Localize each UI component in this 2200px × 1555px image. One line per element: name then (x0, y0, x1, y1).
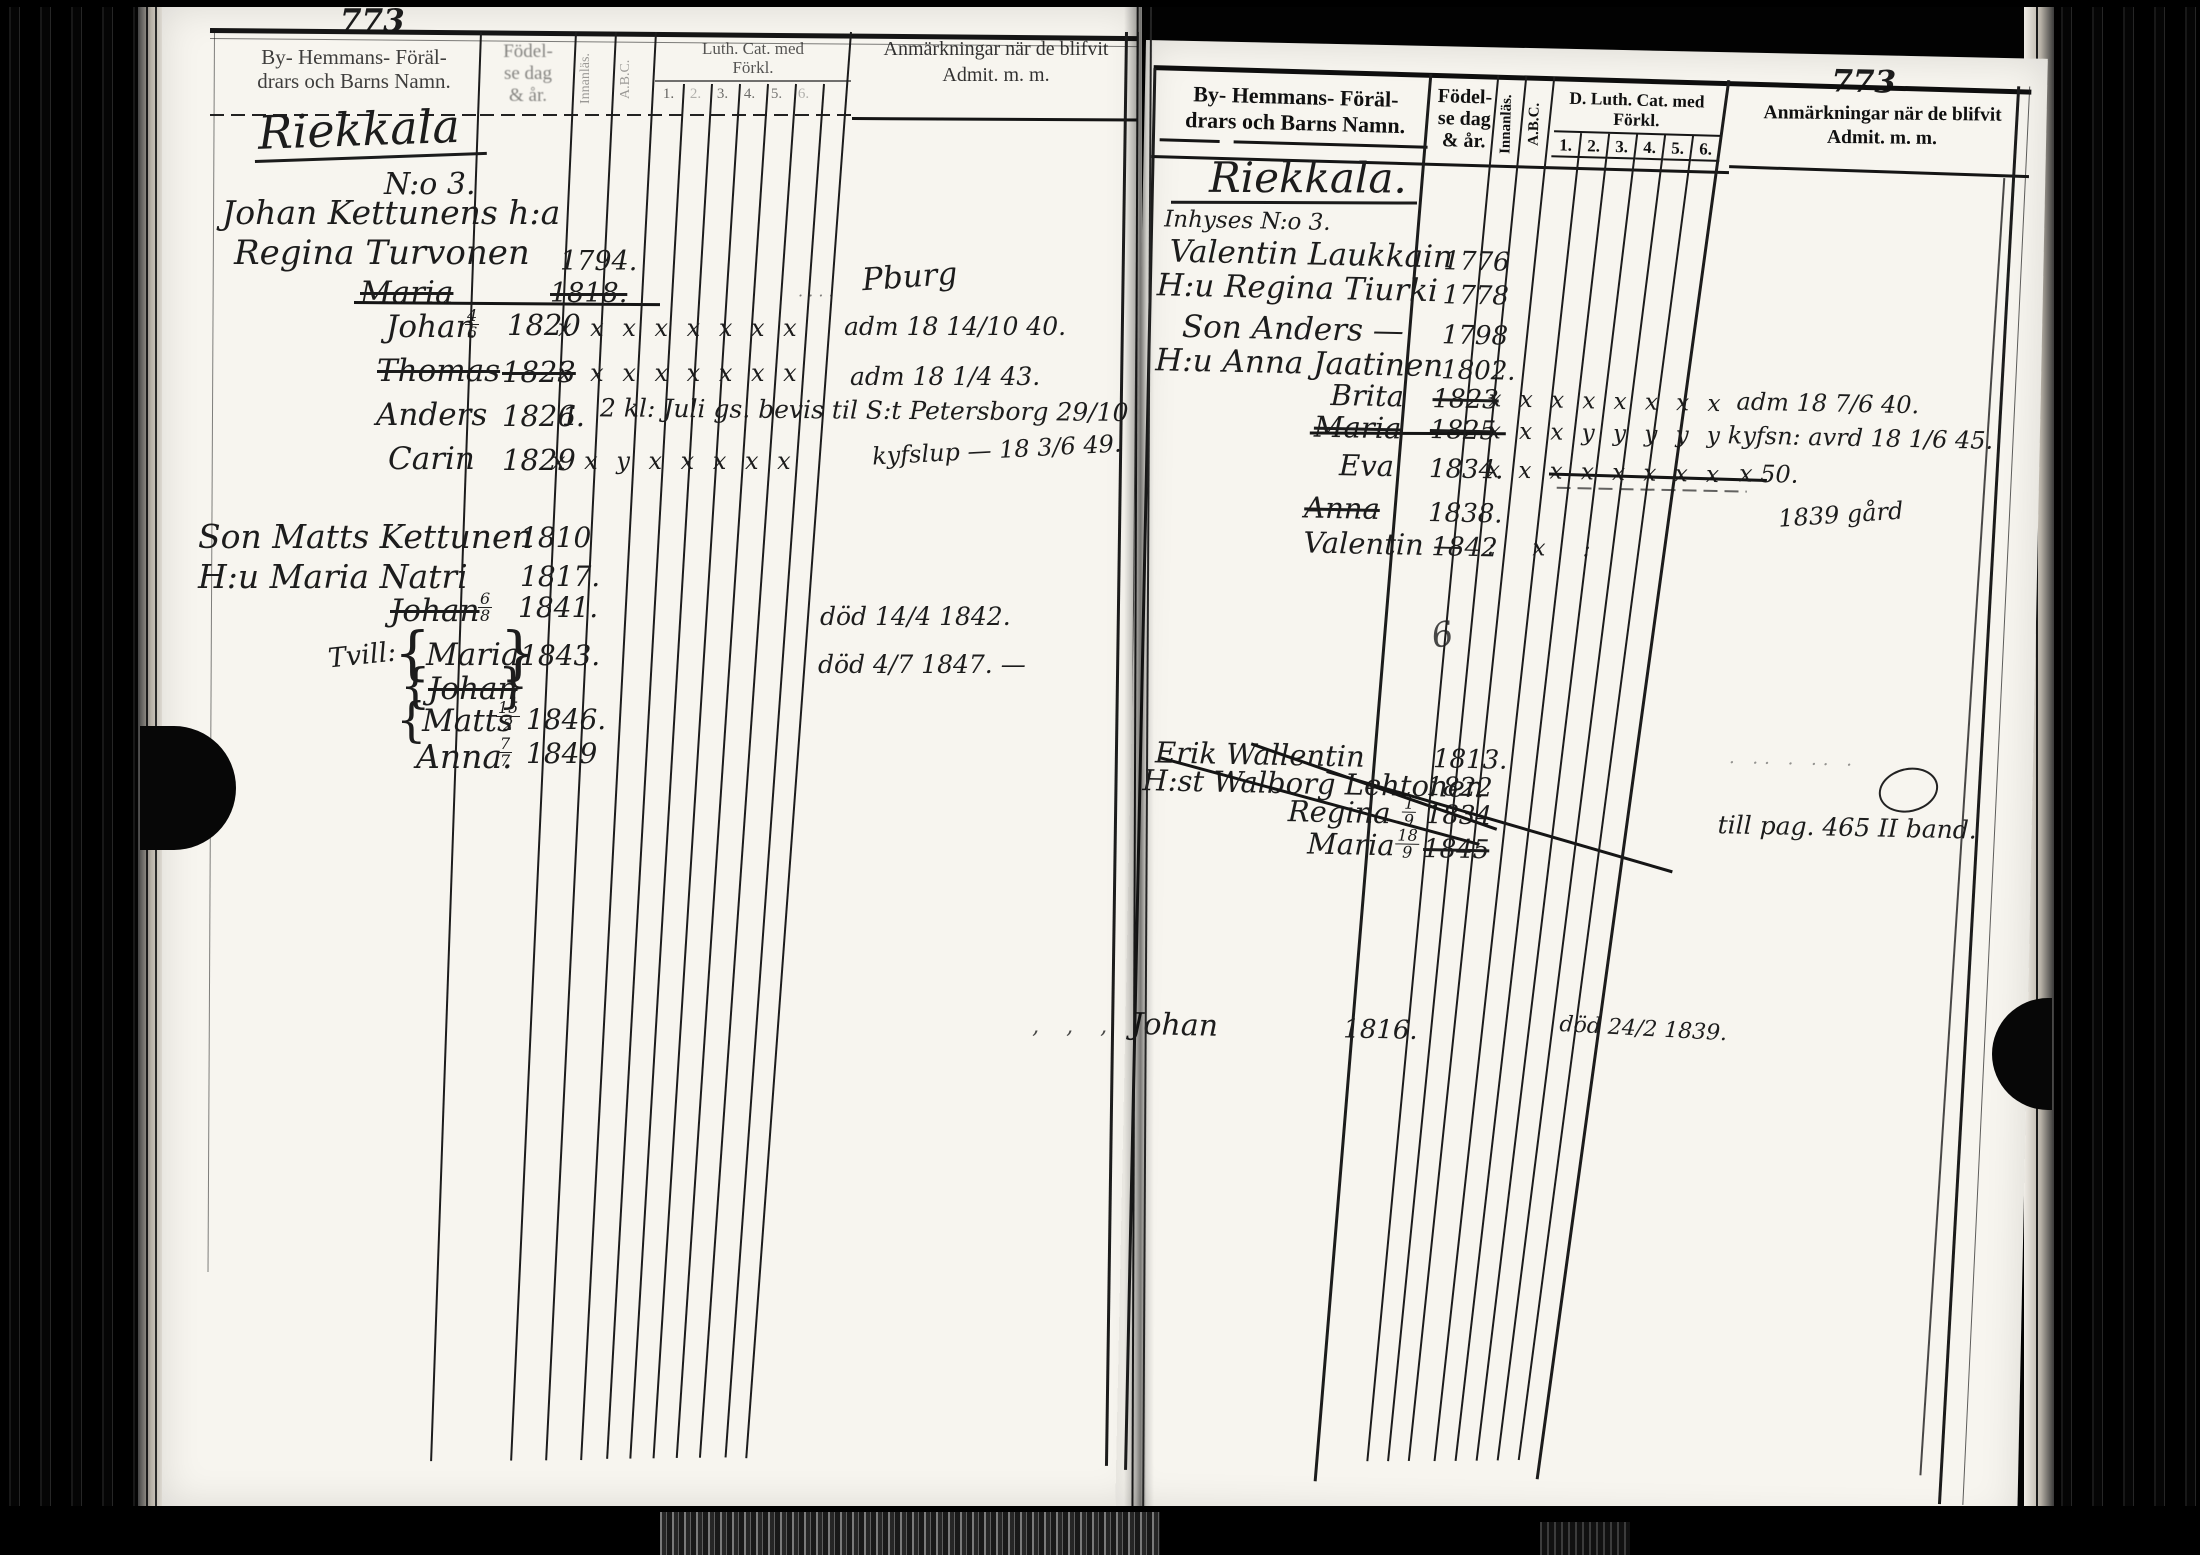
birth-year: 1838. (1428, 500, 1503, 528)
header-rule (480, 114, 852, 116)
birth-year: 1794. (560, 248, 637, 275)
grade-col-number: 2. (1579, 137, 1608, 158)
birth-year: 1802. (1441, 357, 1516, 385)
grade-marks: x x x x x x x x (558, 361, 797, 385)
col-header-remarks: Anmärkningar när de blifvit (1741, 102, 2025, 126)
col-header-names: drars och Barns Namn. (1160, 107, 1431, 139)
faint-dots: · · · · (798, 288, 834, 304)
person-name: Regina Turvonen (234, 236, 530, 270)
birth-year: 1849 (526, 740, 597, 768)
col-header-reading: Innanläs. (1497, 81, 1516, 167)
person-name: Anna (1304, 493, 1380, 524)
right-scan-margin (2052, 0, 2200, 1555)
twins-label: Tvill: (327, 639, 398, 673)
header-rule (1160, 138, 1220, 142)
col-header-names: drars och Barns Namn. (220, 70, 488, 93)
birth-year: 1845 (1423, 836, 1490, 863)
person-name: Thomas (377, 356, 500, 387)
person-name: Regina (1288, 797, 1391, 828)
village-heading: Riekkala (253, 102, 487, 163)
birth-year: 1776 (1443, 248, 1510, 275)
grade-col-number: 2. (682, 86, 709, 103)
col-header-remarks: Admit. m. m. (1740, 126, 2024, 150)
bottom-page-edges (1540, 1522, 1630, 1555)
col-header-catechism: Luth. Cat. med (654, 40, 852, 59)
col-header-remarks: Admit. m. m. (862, 64, 1130, 86)
column-rule (1518, 135, 1694, 1460)
col-header-birth: Födel- (1433, 85, 1498, 109)
person-name: H:u Maria Natri (198, 560, 468, 593)
column-rule (699, 84, 797, 1458)
pen-flourish-oval (1874, 762, 1942, 818)
remark-note: död 14/4 1842. (820, 604, 1011, 629)
col-header-birth: Födel- (484, 42, 572, 63)
grade-marks: x x x y y y y y (1488, 420, 1720, 448)
col-header-abc: A.B.C. (618, 40, 634, 118)
date-denominator: 6 (465, 325, 479, 341)
left-page: 773 By- Hemmans- Föräl- drars och Barns … (162, 6, 1142, 1506)
col-header-catechism: Förkl. (1550, 108, 1722, 132)
col-header-names: By- Hemmans- Föräl- (220, 46, 488, 69)
col-header-catechism: Förkl. (654, 59, 852, 78)
header-rule (852, 117, 1138, 121)
person-name: Carin (388, 444, 475, 475)
column-rule (653, 84, 741, 1458)
column-rule (1536, 80, 1731, 1479)
column-rule (745, 32, 852, 1458)
grade-col-number: 5. (1663, 139, 1692, 160)
village-heading: Riekkala. (1171, 157, 1417, 205)
remark-note: 1839 gård (1778, 499, 1905, 531)
grade-col-number: 3. (1607, 138, 1636, 159)
remark-note: kyfslup — 18 3/6 49. (872, 431, 1123, 468)
grade-col-number: 4. (1635, 139, 1664, 160)
header-rule (1729, 165, 2029, 177)
person-name: Brita (1330, 381, 1404, 412)
remark-note: adm 18 14/10 40. (844, 314, 1066, 339)
header-rule (1234, 140, 1428, 148)
person-name: H:u Regina Tiurki (1157, 270, 1439, 307)
col-header-birth: se dag (1432, 107, 1497, 131)
top-scan-margin (0, 0, 2200, 7)
grade-col-number: 3. (709, 86, 736, 103)
column-rule (725, 84, 825, 1458)
birth-date: 189 (1395, 827, 1420, 861)
column-rule (1938, 86, 2020, 1504)
column-rule (208, 32, 215, 1272)
birth-year: 1810 (520, 524, 591, 552)
person-name: Johan Kettunens h:a (222, 196, 560, 229)
col-header-birth: se dag (484, 64, 572, 85)
left-scan-margin (0, 0, 150, 1555)
person-name: H:u Anna Jaatinen (1155, 345, 1444, 382)
person-name: Johan (386, 312, 476, 343)
col-header-reading: Innanläs. (578, 40, 594, 118)
birth-date: 77 (498, 736, 512, 769)
remark-note: adm 18 1/4 43. (850, 364, 1040, 389)
col-header-remarks: Anmärkningar när de blifvit (862, 38, 1130, 60)
remark-note: Pburg (861, 259, 958, 297)
column-rule (676, 84, 769, 1458)
col-header-birth: & år. (1431, 129, 1496, 153)
remark-note: x 50. (1739, 462, 1799, 487)
person-name: Eva (1339, 451, 1394, 481)
date-denominator: 2 (501, 717, 515, 733)
col-header-birth: & år. (484, 86, 572, 107)
person-name: Anders (376, 400, 487, 431)
birth-year: 1846. (526, 706, 606, 734)
person-name: Maria (1307, 830, 1395, 861)
grade-marks: x x x x x x x x (558, 316, 797, 340)
birth-date: 68 (478, 591, 492, 624)
date-denominator: 8 (478, 608, 492, 624)
remark-note: adm 18 7/6 40. (1736, 389, 1919, 417)
remark-note: död 24/2 1839. (1559, 1014, 1728, 1045)
column-rule (1497, 135, 1666, 1461)
grade-col-number: 1. (1551, 136, 1580, 157)
person-name: Maria (1314, 413, 1402, 444)
birth-year: 1822 (1426, 774, 1493, 801)
grade-col-number: 1. (655, 86, 682, 103)
right-page: 773 By- Hemmans- Föräl- drars och Barns … (1115, 40, 2048, 1527)
col-header-abc: A.B.C. (1525, 82, 1544, 168)
birth-year: 1843. (520, 642, 600, 670)
remark-note: död 4/7 1847. — (818, 652, 1026, 677)
faint-dots: · ·· · ·· · (1729, 754, 1858, 775)
stray-pen-marks: ‚ ‚ ‚ (1032, 1016, 1117, 1038)
grade-marks: 1 (562, 404, 579, 430)
date-denominator: 7 (498, 753, 512, 769)
house-number-heading: Inhyses N:o 3. (1164, 208, 1331, 234)
header-rule (655, 80, 851, 82)
scanned-register-spread: 773 By- Hemmans- Föräl- drars och Barns … (0, 0, 2200, 1555)
birth-date: 152 (496, 700, 520, 733)
date-denominator: 9 (1400, 845, 1415, 861)
person-name: Son Anders — (1182, 312, 1404, 348)
reference-note: till pag. 465 II band. (1717, 812, 1977, 842)
person-name: Son Matts Kettunen (198, 520, 533, 553)
remark-note: kyfsn: avrd 18 1/6 45. (1728, 423, 1994, 453)
grade-marks: x x y x x x x x (552, 449, 791, 473)
bottom-page-edges (660, 1512, 1160, 1555)
